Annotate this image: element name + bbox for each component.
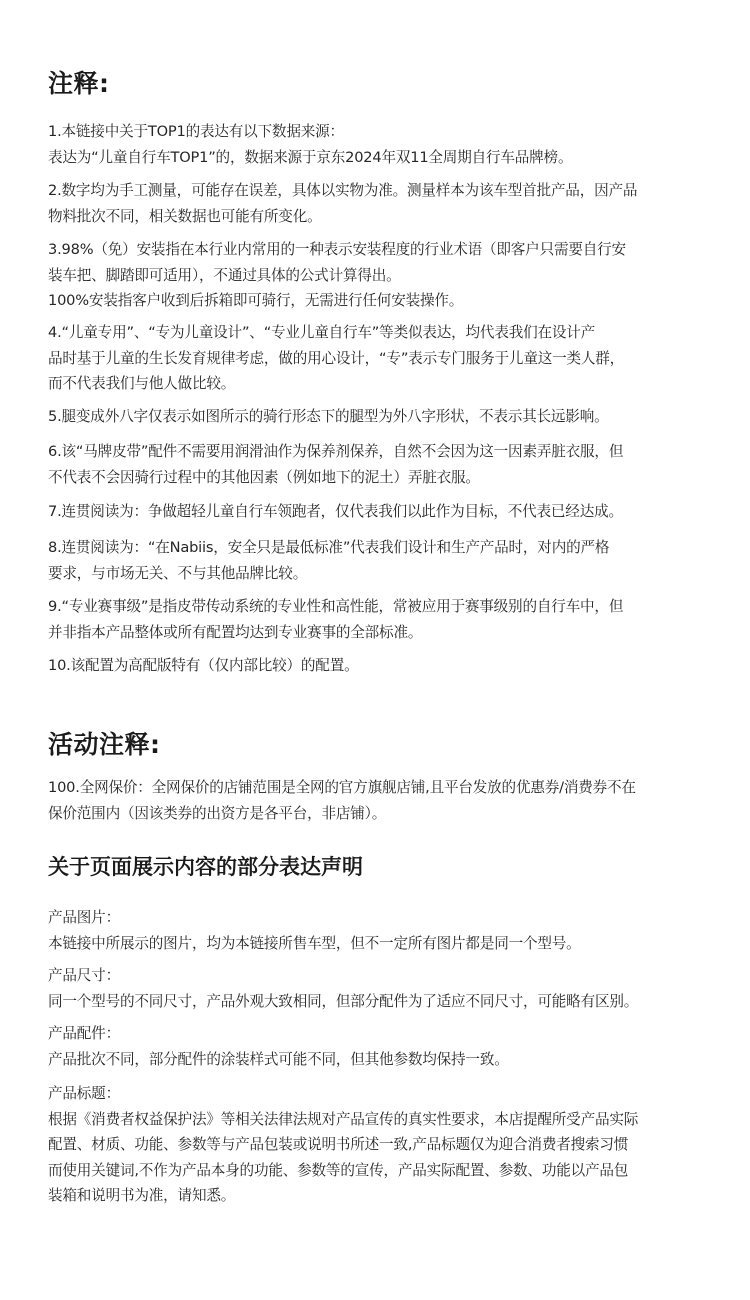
note-item-10: 10.该配置为高配版特有（仅内部比较）的配置。 <box>48 653 708 679</box>
section-label: 产品图片： <box>48 905 708 931</box>
note-line: 100.全网保价：全网保价的店铺范围是全网的官方旗舰店铺,且平台发放的优惠券/消… <box>48 775 708 801</box>
note-line: 100%安装指客户收到后拆箱即可骑行，无需进行任何安装操作。 <box>48 288 708 314</box>
notes-title: 注释: <box>48 67 708 101</box>
section-line: 本链接中所展示的图片，均为本链接所售车型，但不一定所有图片都是同一个型号。 <box>48 931 708 957</box>
section-line: 配置、材质、功能、参数等与产品包装或说明书所述一致,产品标题仅为迎合消费者搜索习… <box>48 1132 708 1158</box>
note-line: 表达为“儿童自行车TOP1”的，数据来源于京东2024年双11全周期自行车品牌榜… <box>48 145 708 171</box>
section-line: 而使用关键词,不作为产品本身的功能、参数等的宣传，产品实际配置、参数、功能以产品… <box>48 1158 708 1184</box>
activity-notes-title: 活动注释: <box>48 728 708 762</box>
section-line: 装箱和说明书为准，请知悉。 <box>48 1183 708 1209</box>
note-line: 品时基于儿童的生长发育规律考虑，做的用心设计，“专”表示专门服务于儿童这一类人群… <box>48 346 708 372</box>
note-line: 并非指本产品整体或所有配置均达到专业赛事的全部标准。 <box>48 620 708 646</box>
note-line: 3.98%（免）安装指在本行业内常用的一种表示安装程度的行业术语（即客户只需要自… <box>48 237 708 263</box>
declaration-section-product-accessories: 产品配件： 产品批次不同，部分配件的涂装样式可能不同，但其他参数均保持一致。 <box>48 1021 708 1072</box>
declaration-section-product-images: 产品图片： 本链接中所展示的图片，均为本链接所售车型，但不一定所有图片都是同一个… <box>48 905 708 956</box>
note-item-8: 8.连贯阅读为：“在Nabiis，安全只是最低标准”代表我们设计和生产产品时，对… <box>48 535 708 586</box>
note-line: 5.腿变成外八字仅表示如图所示的骑行形态下的腿型为外八字形状，不表示其长远影响。 <box>48 404 708 430</box>
note-line: 9.“专业赛事级”是指皮带传动系统的专业性和高性能，常被应用于赛事级别的自行车中… <box>48 594 708 620</box>
note-item-2: 2.数字均为手工测量，可能存在误差，具体以实物为准。测量样本为该车型首批产品，因… <box>48 178 708 229</box>
note-line: 物料批次不同，相关数据也可能有所变化。 <box>48 204 708 230</box>
declaration-title: 关于页面展示内容的部分表达声明 <box>48 852 708 882</box>
declaration-section-product-size: 产品尺寸： 同一个型号的不同尺寸，产品外观大致相同，但部分配件为了适应不同尺寸，… <box>48 963 708 1014</box>
disclaimer-page: 注释: 1.本链接中关于TOP1的表达有以下数据来源： 表达为“儿童自行车TOP… <box>0 0 750 1300</box>
note-item-7: 7.连贯阅读为：争做超轻儿童自行车领跑者，仅代表我们以此作为目标，不代表已经达成… <box>48 499 708 525</box>
activity-note-item-100: 100.全网保价：全网保价的店铺范围是全网的官方旗舰店铺,且平台发放的优惠券/消… <box>48 775 708 826</box>
section-line: 同一个型号的不同尺寸，产品外观大致相同，但部分配件为了适应不同尺寸，可能略有区别… <box>48 989 708 1015</box>
note-line: 7.连贯阅读为：争做超轻儿童自行车领跑者，仅代表我们以此作为目标，不代表已经达成… <box>48 499 708 525</box>
note-line: 保价范围内（因该类券的出资方是各平台，非店铺）。 <box>48 801 708 827</box>
section-label: 产品标题： <box>48 1081 708 1107</box>
note-item-5: 5.腿变成外八字仅表示如图所示的骑行形态下的腿型为外八字形状，不表示其长远影响。 <box>48 404 708 430</box>
note-item-1: 1.本链接中关于TOP1的表达有以下数据来源： 表达为“儿童自行车TOP1”的，… <box>48 119 708 170</box>
note-line: 而不代表我们与他人做比较。 <box>48 371 708 397</box>
note-line: 6.该“马牌皮带”配件不需要用润滑油作为保养剂保养，自然不会因为这一因素弄脏衣服… <box>48 439 708 465</box>
declaration-section-product-title: 产品标题： 根据《消费者权益保护法》等相关法律法规对产品宣传的真实性要求，本店提… <box>48 1081 708 1209</box>
note-line: 不代表不会因骑行过程中的其他因素（例如地下的泥土）弄脏衣服。 <box>48 465 708 491</box>
note-line: 装车把、脚踏即可适用），不通过具体的公式计算得出。 <box>48 263 708 289</box>
note-item-6: 6.该“马牌皮带”配件不需要用润滑油作为保养剂保养，自然不会因为这一因素弄脏衣服… <box>48 439 708 490</box>
section-label: 产品尺寸： <box>48 963 708 989</box>
note-line: 10.该配置为高配版特有（仅内部比较）的配置。 <box>48 653 708 679</box>
note-line: 要求，与市场无关、不与其他品牌比较。 <box>48 561 708 587</box>
section-label: 产品配件： <box>48 1021 708 1047</box>
note-line: 1.本链接中关于TOP1的表达有以下数据来源： <box>48 119 708 145</box>
note-line: 2.数字均为手工测量，可能存在误差，具体以实物为准。测量样本为该车型首批产品，因… <box>48 178 708 204</box>
note-item-4: 4.“儿童专用”、“专为儿童设计”、“专业儿童自行车”等类似表达，均代表我们在设… <box>48 320 708 397</box>
note-item-9: 9.“专业赛事级”是指皮带传动系统的专业性和高性能，常被应用于赛事级别的自行车中… <box>48 594 708 645</box>
note-item-3: 3.98%（免）安装指在本行业内常用的一种表示安装程度的行业术语（即客户只需要自… <box>48 237 708 314</box>
section-line: 产品批次不同，部分配件的涂装样式可能不同，但其他参数均保持一致。 <box>48 1047 708 1073</box>
section-line: 根据《消费者权益保护法》等相关法律法规对产品宣传的真实性要求，本店提醒所受产品实… <box>48 1107 708 1133</box>
note-line: 8.连贯阅读为：“在Nabiis，安全只是最低标准”代表我们设计和生产产品时，对… <box>48 535 708 561</box>
note-line: 4.“儿童专用”、“专为儿童设计”、“专业儿童自行车”等类似表达，均代表我们在设… <box>48 320 708 346</box>
